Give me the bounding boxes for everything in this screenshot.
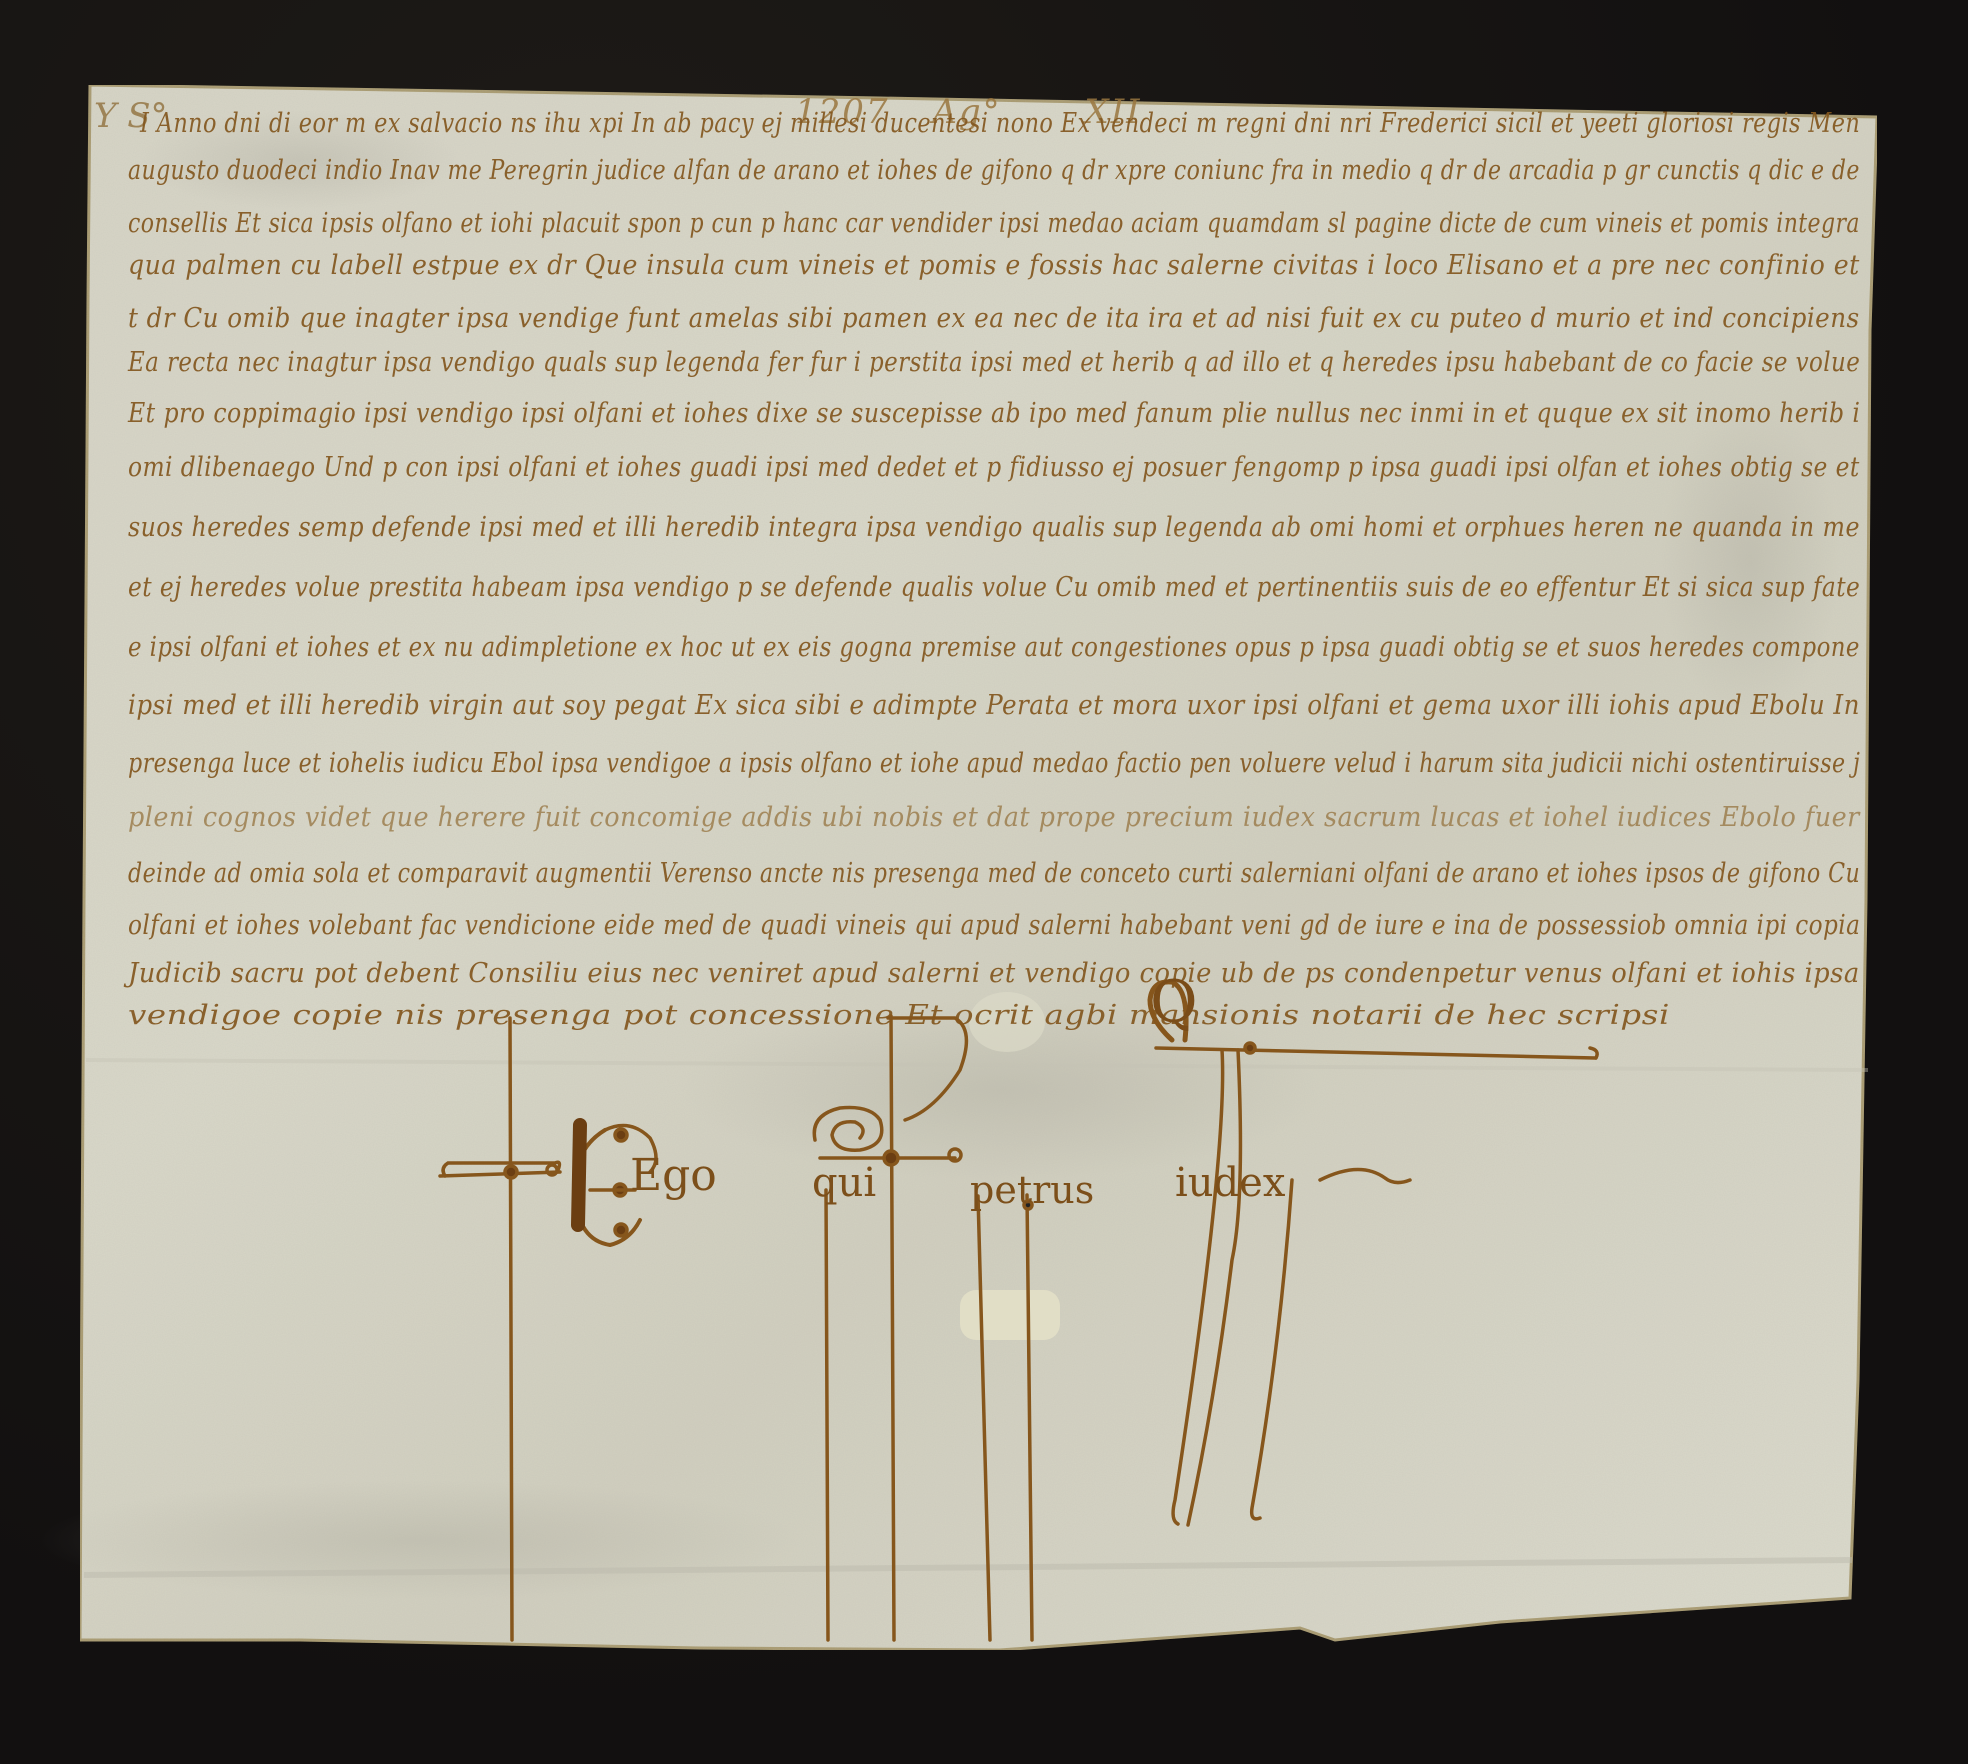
text-line: pleni cognos videt que herere fuit conco… <box>128 802 1860 833</box>
text-line: I Anno dni di eor m ex salvacio ns ihu x… <box>140 108 1564 139</box>
text-line: suos heredes semp defende ipsi med et il… <box>128 512 1860 543</box>
text-line: Judicib sacru pot debent Consiliu eius n… <box>128 958 1860 989</box>
text-line: presenga luce et iohelis iudicu Ebol ips… <box>128 748 1860 779</box>
text-line: deinde ad omia sola et comparavit augmen… <box>128 858 1860 889</box>
text-line: vendigoe copie nis presenga pot concessi… <box>128 1000 1670 1031</box>
text-line: t dr Cu omib que inagter ipsa vendige fu… <box>128 303 1860 334</box>
signature-petrus: petrus <box>970 1168 1094 1212</box>
text-line: Ea recta nec inagtur ipsa vendigo quals … <box>128 347 1860 378</box>
text-line: ipsi med et illi heredib virgin aut soy … <box>128 690 1860 721</box>
signature-qui: qui <box>812 1160 876 1206</box>
closing-monogram: Q <box>1150 968 1198 1036</box>
text-line: augusto duodeci indio Inav me Peregrin j… <box>128 155 1860 186</box>
text-line: et ej heredes volue prestita habeam ipsa… <box>128 572 1860 603</box>
text-line: consellis Et sica ipsis olfano et iohi p… <box>128 208 1860 239</box>
signature-ego: Ego <box>630 1150 717 1201</box>
text-line: e ipsi olfani et iohes et ex nu adimplet… <box>128 632 1860 663</box>
text-line: qua palmen cu labell estpue ex dr Que in… <box>128 250 1860 281</box>
signature-iudex: iudex <box>1175 1160 1285 1206</box>
text-line: olfani et iohes volebant fac vendicione … <box>128 910 1860 941</box>
text-line: Et pro coppimagio ipsi vendigo ipsi olfa… <box>128 398 1860 429</box>
text-line: omi dlibenaego Und p con ipsi olfani et … <box>128 452 1860 483</box>
